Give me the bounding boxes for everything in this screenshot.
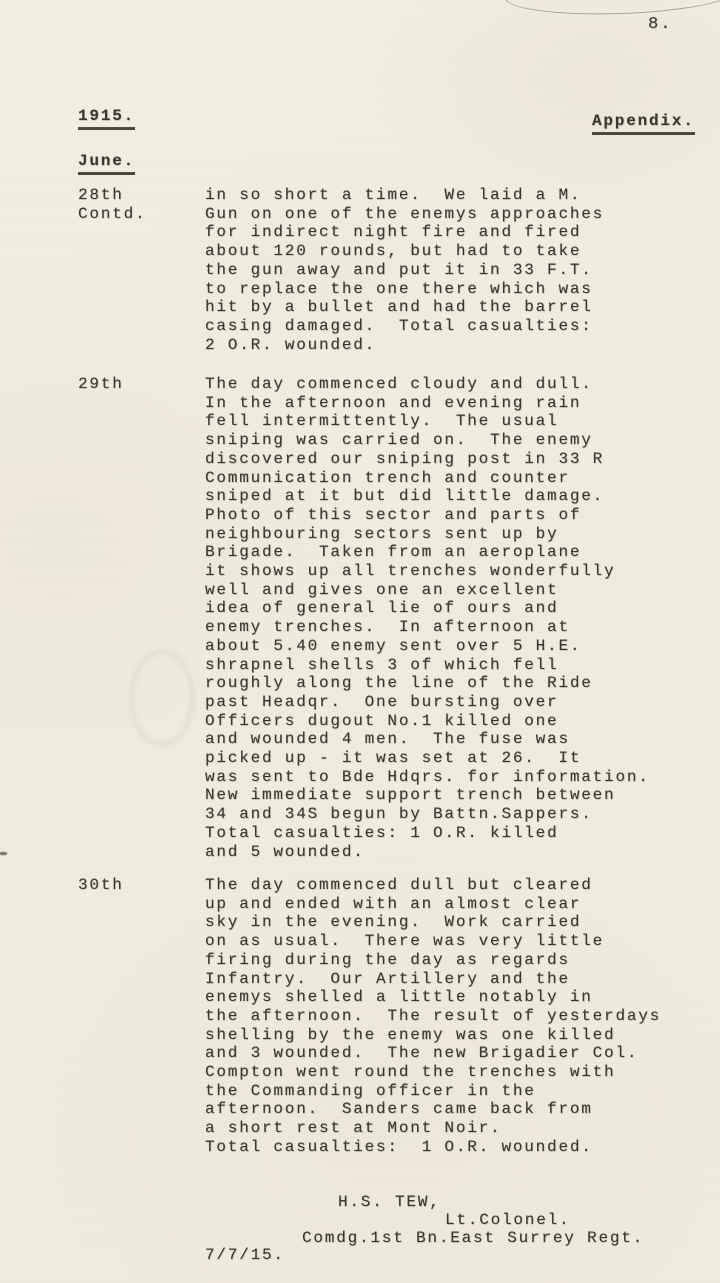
entry-body-28th: in so short a time. We laid a M. Gun on … [205,186,604,354]
page-number: 8. [648,16,672,35]
entry-date-29th: 29th [78,375,124,394]
signature-unit: Comdg.1st Bn.East Surrey Regt. [302,1229,644,1248]
scanned-diary-page: 8. 1915. Appendix. June. 28th Contd. in … [0,0,720,1283]
entry-date-30th: 30th [78,876,124,895]
signature-name: H.S. TEW, [338,1193,441,1212]
embossed-stamp-mark [130,650,194,746]
signature-rank: Lt.Colonel. [445,1211,570,1230]
entry-body-30th: The day commenced dull but cleared up an… [205,876,661,1157]
paper-fold-mark [504,0,720,18]
year-heading: 1915. [78,107,135,130]
entry-body-29th: The day commenced cloudy and dull. In th… [205,375,650,861]
month-heading: June. [78,152,135,175]
entry-date-28th: 28th Contd. [78,186,146,223]
appendix-heading: Appendix. [592,112,695,135]
paper-edge-fleck [0,852,7,855]
signature-date: 7/7/15. [205,1246,285,1265]
